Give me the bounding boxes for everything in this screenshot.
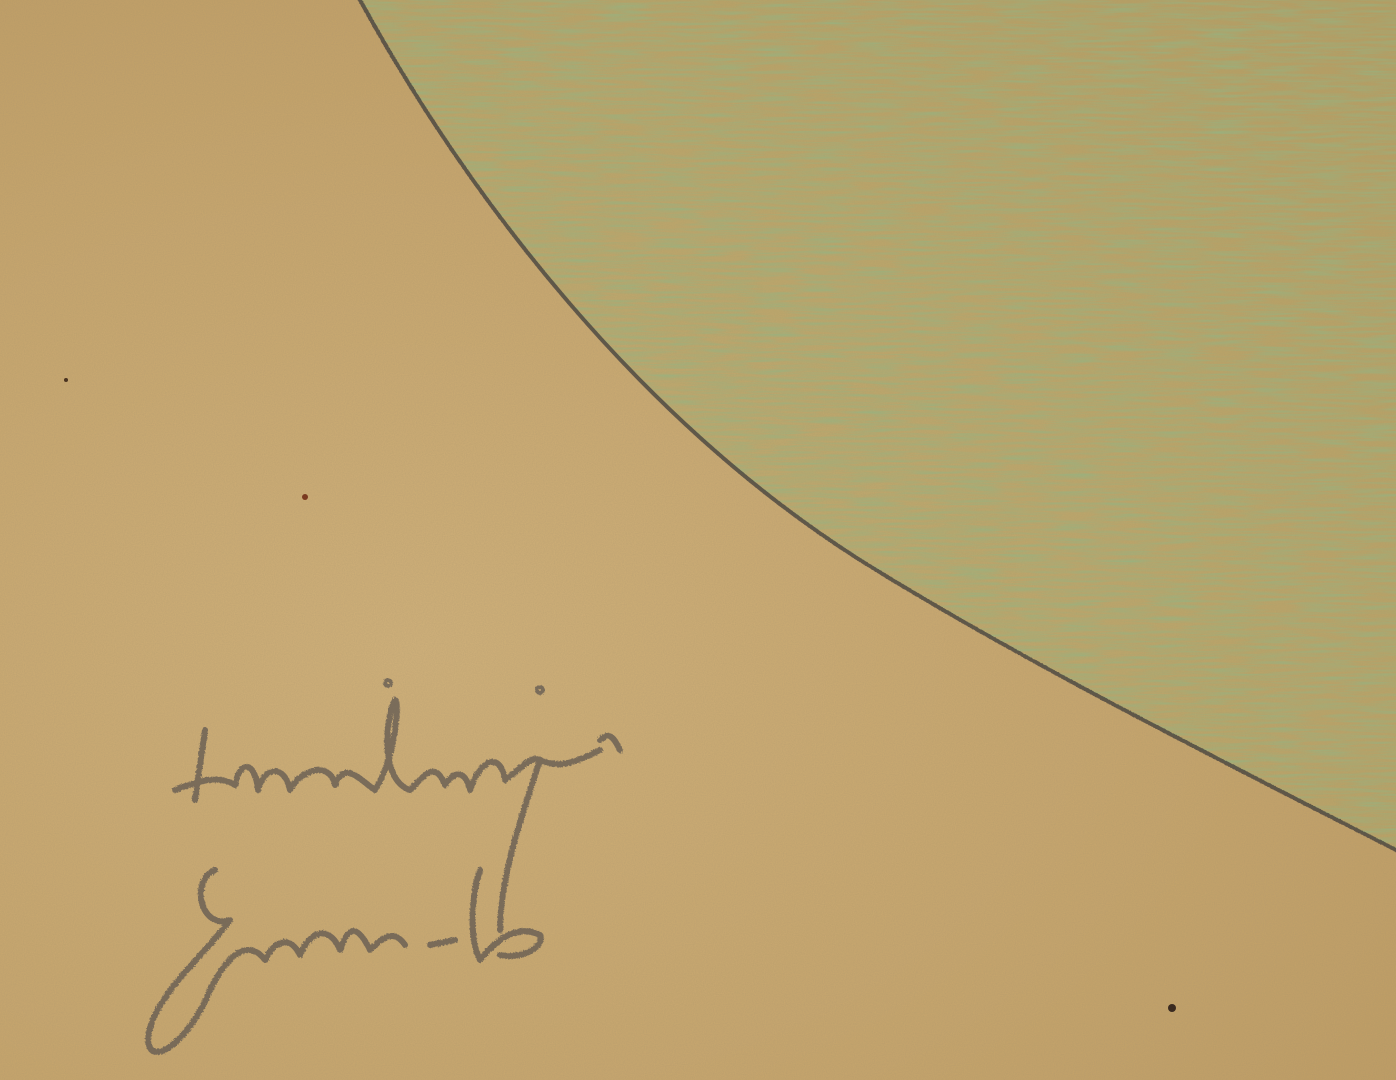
paper-speck <box>64 378 68 382</box>
aged-paper-background: Innoluyp Jucke -16 <box>0 0 1396 1080</box>
paper-speck <box>302 494 308 500</box>
drawing <box>0 0 1396 1080</box>
paper-speck <box>1168 1004 1176 1012</box>
